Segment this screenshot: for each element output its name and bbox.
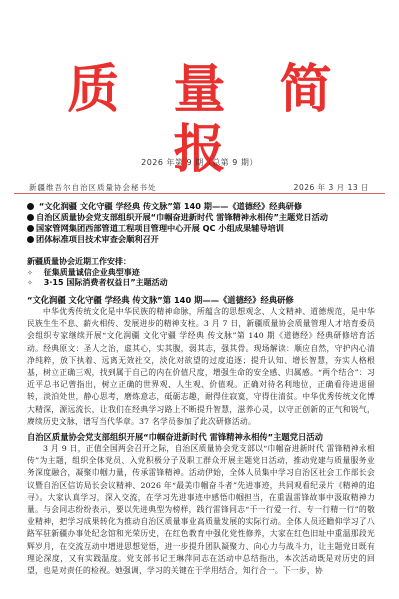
agenda-item-text: 征集质量诚信企业典型事迹 (44, 268, 140, 277)
article-title: 自治区质量协会党支部组织开展“巾帼奋进新时代 雷锋精神永相传”主题党日活动 (27, 432, 375, 443)
article-classics-study: “文化润疆 文化守疆 学经典 传文脉”第 140 期——《道德经》经典研修 中华… (27, 295, 375, 428)
headline-text: 国家管网集团西部管道工程项目管理中心开展 QC 小组成果辅导培训 (36, 223, 284, 233)
work-agenda: 新疆质量协会近期工作安排： ✧ 征集质量诚信企业典型事迹 ✧ 3·15 国际消费… (27, 257, 387, 289)
publisher-name: 新疆维吾尔自治区质量协会秘书处 (29, 182, 157, 193)
headline-text: “文化润疆 文化守疆 学经典 传文脉”第 140 期——《道德经》经典研修 (39, 201, 302, 211)
headline-item: 团体标准项目技术审查会顺利召开 (27, 234, 387, 245)
bullet-icon (27, 214, 34, 221)
agenda-title: 新疆质量协会近期工作安排： (27, 257, 387, 268)
headline-list: “文化润疆 文化守疆 学经典 传文脉”第 140 期——《道德经》经典研修 自治… (27, 201, 387, 245)
agenda-item: ✧ 征集质量诚信企业典型事迹 (27, 268, 387, 279)
agenda-item-text: 3·15 国际消费者权益日”主题活动 (44, 278, 168, 287)
bullet-icon (27, 236, 34, 243)
headline-item: 自治区质量协会党支部组织开展“巾帼奋进新时代 雷锋精神永相传”主题党日活动 (27, 212, 387, 223)
headline-item: 国家管网集团西部管道工程项目管理中心开展 QC 小组成果辅导培训 (27, 223, 387, 234)
newsletter-page: 质 量 简 报 2026 年第 9 期（总第 9 期） 新疆维吾尔自治区质量协会… (0, 0, 399, 599)
article-body: 中华优秀传统文化是中华民族的精神命脉，所蕴含的思想观念、人文精神、道德规范，是中… (27, 306, 375, 428)
header-divider (14, 193, 385, 194)
diamond-bullet-icon: ✧ (27, 278, 41, 289)
headline-text: 团体标准项目技术审查会顺利召开 (36, 234, 159, 244)
headline-text: 自治区质量协会党支部组织开展“巾帼奋进新时代 雷锋精神永相传”主题党日活动 (36, 212, 328, 222)
article-party-day: 自治区质量协会党支部组织开展“巾帼奋进新时代 雷锋精神永相传”主题党日活动 3 … (27, 432, 375, 577)
article-body: 3 月 9 日，正值全国两会召开之际，自治区质量协会党支部以“巾帼奋进新时代 雷… (27, 443, 375, 577)
headline-item: “文化润疆 文化守疆 学经典 传文脉”第 140 期——《道德经》经典研修 (27, 201, 387, 212)
bullet-icon (27, 203, 34, 210)
diamond-bullet-icon: ✧ (27, 268, 41, 279)
publish-date: 2026 年 3 月 13 日 (294, 182, 369, 193)
issue-number: 2026 年第 9 期（总第 9 期） (0, 157, 399, 168)
bullet-icon (27, 225, 34, 232)
article-title: “文化润疆 文化守疆 学经典 传文脉”第 140 期——《道德经》经典研修 (27, 295, 375, 306)
agenda-item: ✧ 3·15 国际消费者权益日”主题活动 (27, 278, 387, 289)
publisher-row: 新疆维吾尔自治区质量协会秘书处 2026 年 3 月 13 日 (29, 182, 382, 192)
